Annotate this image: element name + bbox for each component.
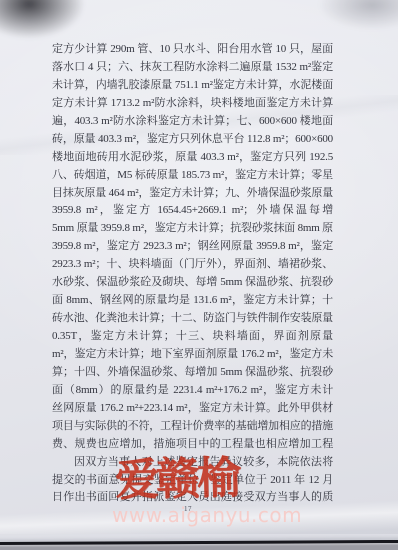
- scan-artifact-top-left: [0, 0, 87, 40]
- text-line: 遍，403.3 m²防水涂料鉴定方未计算；七、600×600 楼地面地: [52, 113, 333, 131]
- text-line: 3959.8 m²，鉴定方 1654.45+2669.1 m²；外墙保温每增（2…: [52, 202, 333, 220]
- text-line: 楼地面地砖用水泥砂浆，原量 403.3 m²，鉴定方只列 192.5 m²；: [52, 149, 333, 167]
- paragraph: 定方少计算 290m 管、10 只水斗、阳台用水管 10 只，屋面铸铁 落水口 …: [52, 41, 333, 454]
- scanned-document-page: 定方少计算 290m 管、10 只水斗、阳台用水管 10 只，屋面铸铁 落水口 …: [0, 0, 398, 550]
- text-line: 定方未计算 1713.2 m²防水涂料，块料楼地面鉴定方未计算三: [52, 95, 333, 113]
- text-line: 费、规费也应增加，措施项目中的工程量也相应增加工程量。: [52, 436, 333, 454]
- text-line: 项目与实际供的不符，工程计价费率的基础增加相应的措施: [52, 418, 333, 436]
- aiganyu-url-watermark: www.aiganyu.com: [112, 502, 302, 528]
- text-line: m²，鉴定方未计算；地下室界面剂原量 176.2 m²，鉴定方未计: [52, 346, 333, 364]
- text-line: 水砂浆、保温砂浆砼及砌块、每增 5mm 保温砂浆、抗裂砂浆抹: [52, 274, 333, 292]
- text-line: 0.35T，鉴定方未计算；十三、块料墙面，界面剂原量 2231.4: [52, 328, 333, 346]
- text-line: 目抹灰原量 464 m²，鉴定方未计算；九、外墙保温砂浆原量: [52, 185, 333, 203]
- text-line: 八、砖烟道，M5 标砖原量 185.73 m²，鉴定方未计算；零星项: [52, 167, 333, 185]
- text-line: 5mm 原量 3959.8 m²，鉴定方未计算；抗裂砂浆抹面 8mm 原量: [52, 220, 333, 238]
- text-line: 丝网原量 176.2 m²+223.14 m²，鉴定方未计算。此外甲供材料: [52, 400, 333, 418]
- aiganyu-stamp-watermark: 爱赣榆: [115, 455, 236, 506]
- text-line: 2923.3 m²；十、块料墙面（门厅外），界面剂、墙裙砂浆、防: [52, 256, 333, 274]
- document-text-block: 定方少计算 290m 管、10 只水斗、阳台用水管 10 只，屋面铸铁 落水口 …: [52, 41, 333, 507]
- text-line: 砖水池、化粪池未计算；十二、防盗门与铁件制作安装原量: [52, 310, 333, 328]
- text-line: 砖，原量 403.3 m²，鉴定方只列休息平台 112.8 m²；600×600: [52, 131, 333, 149]
- text-line: 算；十四、外墙保温砂浆、每增加 5mm 保温砂浆、抗裂砂浆抹: [52, 364, 333, 382]
- text-line: 面（8mm）的原量约是 2231.4 m²+176.2 m²，鉴定方未计算；钢: [52, 382, 333, 400]
- paper-sheet: 定方少计算 290m 管、10 只水斗、阳台用水管 10 只，屋面铸铁 落水口 …: [0, 0, 398, 543]
- scan-artifact-top-right: [318, 0, 398, 30]
- text-line: 面 8mm、钢丝网的原量均是 131.6 m²，鉴定方未计算；十一、: [52, 292, 333, 310]
- text-line: 落水口 4 只；六、抹灰工程防水涂料二遍原量 1532 m²鉴定方: [52, 59, 333, 77]
- text-line: 3959.8 m²，鉴定方 2923.3 m²；钢丝网原量 3959.8 m²，…: [52, 238, 333, 256]
- text-line: 未计算，内墙乳胶漆原量 751.1 m²鉴定方未计算，水泥楼面鉴: [52, 77, 333, 95]
- text-line: 定方少计算 290m 管、10 只水斗、阳台用水管 10 只，屋面铸铁: [52, 41, 333, 59]
